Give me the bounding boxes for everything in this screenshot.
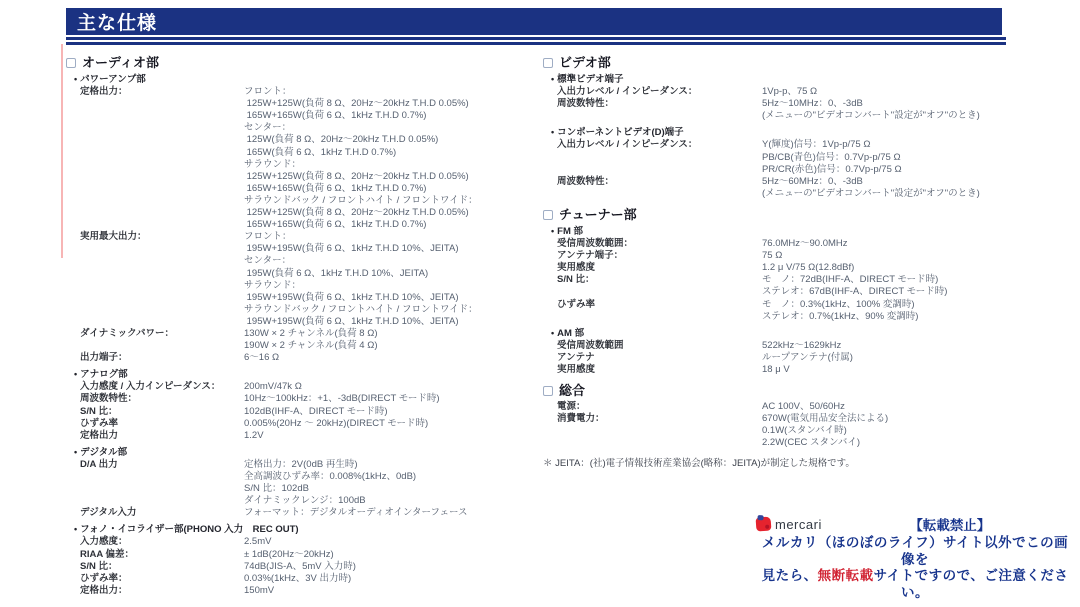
group-subtitle-text: フォノ・イコライザー部(PHONO 入力 REC OUT)	[80, 524, 298, 535]
page-title-banner: 主な仕様	[66, 8, 1002, 35]
spec-label: デジタル入力	[80, 507, 244, 519]
spec-section: チューナー部•FM 部受信周波数範囲：76.0MHz～90.0MHzアンテナ端子…	[543, 207, 1073, 376]
group-subtitle: •デジタル部	[66, 446, 540, 459]
spec-label: RIAA 偏差：	[80, 549, 244, 561]
spec-row: デジタル入力フォーマット：デジタルオーディオインターフェース	[66, 507, 540, 519]
spec-group: •標準ビデオ端子入出力レベル / インピーダンス：1Vp-p、75 Ω周波数特性…	[543, 73, 1073, 122]
watermark-header: mercari 【転載禁止】	[756, 514, 1074, 534]
spec-row: 受信周波数範囲522kHz～1629kHz	[543, 340, 1073, 352]
spec-value-line: 10Hz～100kHz：+1、-3dB(DIRECT モード時)	[244, 393, 540, 405]
spec-section: ビデオ部•標準ビデオ端子入出力レベル / インピーダンス：1Vp-p、75 Ω周…	[543, 55, 1073, 200]
spec-label: 定格出力：	[80, 585, 244, 597]
spec-value-line: 195W(負荷 6 Ω、1kHz T.H.D 10%、JEITA)	[244, 268, 540, 280]
spec-section: オーディオ部•パワーアンプ部定格出力：フロント： 125W+125W(負荷 8 …	[66, 55, 540, 597]
watermark-warning-suffix: サイトですので、ご注意ください。	[874, 568, 1069, 600]
spec-value-line: 130W × 2 チャンネル(負荷 8 Ω)	[244, 328, 540, 340]
spec-values: 10Hz～100kHz：+1、-3dB(DIRECT モード時)	[244, 393, 540, 405]
section-title: オーディオ部	[66, 55, 540, 71]
group-subtitle: •AM 部	[543, 327, 1073, 340]
spec-value-line: ダイナミックレンジ：100dB	[244, 495, 540, 507]
spec-value-line: ステレオ：0.7%(1kHz、90% 変調時)	[762, 311, 1073, 323]
watermark-warning-red-text: 無断転載	[818, 568, 874, 583]
spec-row: 出力端子：6～16 Ω	[66, 352, 540, 364]
spec-values: 1.2 μ V/75 Ω(12.8dBf)	[762, 262, 1073, 274]
spec-value-line: 1.2V	[244, 430, 540, 442]
spec-value-line: 165W+165W(負荷 6 Ω、1kHz T.H.D 0.7%)	[244, 219, 540, 231]
spec-values: 2.5mV	[244, 536, 540, 548]
spec-value-line: 全高調波ひずみ率：0.008%(1kHz、0dB)	[244, 471, 540, 483]
spec-row: 定格出力：150mV	[66, 585, 540, 597]
square-bullet-icon	[543, 210, 553, 220]
bullet-dot-icon: •	[551, 127, 554, 137]
group-subtitle: •FM 部	[543, 225, 1073, 238]
spec-row: RIAA 偏差：± 1dB(20Hz～20kHz)	[66, 549, 540, 561]
spec-label: 実用最大出力：	[80, 231, 244, 328]
spec-value-line: 522kHz～1629kHz	[762, 340, 1073, 352]
spec-row: S/N 比：モ ノ：72dB(IHF-A、DIRECT モード時)ステレオ：67…	[543, 274, 1073, 298]
spec-row: ひずみ率0.005%(20Hz ～ 20kHz)(DIRECT モード時)	[66, 418, 540, 430]
spec-value-line: ループアンテナ(付属)	[762, 352, 1073, 364]
spec-values: 0.005%(20Hz ～ 20kHz)(DIRECT モード時)	[244, 418, 540, 430]
spec-row: S/N 比：102dB(IHF-A、DIRECT モード時)	[66, 406, 540, 418]
spec-group: •デジタル部D/A 出力定格出力：2V(0dB 再生時)全高調波ひずみ率：0.0…	[66, 446, 540, 520]
spec-label: ひずみ率：	[80, 573, 244, 585]
bullet-dot-icon: •	[551, 328, 554, 338]
bullet-dot-icon: •	[74, 447, 77, 457]
spec-row: 実用最大出力：フロント： 195W+195W(負荷 6 Ω、1kHz T.H.D…	[66, 231, 540, 328]
spec-values: 200mV/47k Ω	[244, 381, 540, 393]
spec-label: 実用感度	[557, 364, 762, 376]
spec-label: 入出力レベル / インピーダンス：	[557, 86, 762, 98]
spec-values: 74dB(JIS-A、5mV 入力時)	[244, 561, 540, 573]
spec-label: 入力感度 / 入力インピーダンス：	[80, 381, 244, 393]
spec-value-line: サラウンド：	[244, 280, 540, 292]
spec-value-line: サラウンドバック / フロントハイト / フロントワイド：	[244, 195, 540, 207]
spec-value-line: 0.03%(1kHz、3V 出力時)	[244, 573, 540, 585]
spec-values: 670W(電気用品安全法による)0.1W(スタンバイ時)2.2W(CEC スタン…	[762, 413, 1073, 449]
spec-row: 入出力レベル / インピーダンス：Y(輝度)信号：1Vp-p/75 ΩPB/CB…	[543, 139, 1073, 175]
spec-label: D/A 出力	[80, 459, 244, 507]
spec-values: AC 100V、50/60Hz	[762, 401, 1073, 413]
spec-value-line: 165W+165W(負荷 6 Ω、1kHz T.H.D 0.7%)	[244, 183, 540, 195]
spec-values: 定格出力：2V(0dB 再生時)全高調波ひずみ率：0.008%(1kHz、0dB…	[244, 459, 540, 507]
spec-value-line: (メニューの"ビデオコンバート"設定が"オフ"のとき)	[762, 188, 1073, 200]
mercari-logo-icon	[756, 517, 771, 531]
spec-label: 定格出力	[80, 430, 244, 442]
spec-label: S/N 比：	[557, 274, 762, 298]
spec-value-line: 165W+165W(負荷 6 Ω、1kHz T.H.D 0.7%)	[244, 110, 540, 122]
spec-value-line: ± 1dB(20Hz～20kHz)	[244, 549, 540, 561]
spec-value-line: 5Hz～60MHz：0、-3dB	[762, 176, 1073, 188]
spec-value-line: フロント：	[244, 231, 540, 243]
spec-label: アンテナ端子：	[557, 250, 762, 262]
spec-row: ダイナミックパワー：130W × 2 チャンネル(負荷 8 Ω)190W × 2…	[66, 328, 540, 352]
section-title: チューナー部	[543, 207, 1073, 223]
spec-row: 周波数特性：10Hz～100kHz：+1、-3dB(DIRECT モード時)	[66, 393, 540, 405]
spec-values: Y(輝度)信号：1Vp-p/75 ΩPB/CB(青色)信号：0.7Vp-p/75…	[762, 139, 1073, 175]
right-column: ビデオ部•標準ビデオ端子入出力レベル / インピーダンス：1Vp-p、75 Ω周…	[543, 52, 1073, 470]
spec-row: アンテナ端子：75 Ω	[543, 250, 1073, 262]
spec-row: 消費電力：670W(電気用品安全法による)0.1W(スタンバイ時)2.2W(CE…	[543, 413, 1073, 449]
section-title-text: チューナー部	[559, 207, 637, 223]
spec-value-line: S/N 比：102dB	[244, 483, 540, 495]
spec-value-line: ステレオ：67dB(IHF-A、DIRECT モード時)	[762, 286, 1073, 298]
spec-value-line: モ ノ：0.3%(1kHz、100% 変調時)	[762, 299, 1073, 311]
spec-values: フロント： 125W+125W(負荷 8 Ω、20Hz～20kHz T.H.D …	[244, 86, 540, 231]
spec-group: •コンポーネントビデオ(D)端子入出力レベル / インピーダンス：Y(輝度)信号…	[543, 126, 1073, 200]
spec-row: 周波数特性：5Hz～60MHz：0、-3dB(メニューの"ビデオコンバート"設定…	[543, 176, 1073, 200]
spec-group: •FM 部受信周波数範囲：76.0MHz～90.0MHzアンテナ端子：75 Ω実…	[543, 225, 1073, 323]
group-subtitle-text: FM 部	[557, 226, 583, 237]
spec-value-line: 1.2 μ V/75 Ω(12.8dBf)	[762, 262, 1073, 274]
spec-group: 電源：AC 100V、50/60Hz消費電力：670W(電気用品安全法による)0…	[543, 401, 1073, 449]
spec-value-line: 125W+125W(負荷 8 Ω、20Hz～20kHz T.H.D 0.05%)	[244, 207, 540, 219]
spec-value-line: 195W+195W(負荷 6 Ω、1kHz T.H.D 10%、JEITA)	[244, 316, 540, 328]
spec-label: ひずみ率	[557, 299, 762, 323]
spec-value-line: PR/CR(赤色)信号：0.7Vp-p/75 Ω	[762, 164, 1073, 176]
spec-values: 18 μ V	[762, 364, 1073, 376]
bullet-dot-icon: •	[551, 74, 554, 84]
spec-value-line: センター：	[244, 255, 540, 267]
spec-value-line: サラウンド：	[244, 159, 540, 171]
section-title: 総合	[543, 383, 1073, 399]
square-bullet-icon	[66, 58, 76, 68]
spec-label: 定格出力：	[80, 86, 244, 231]
spec-label: 消費電力：	[557, 413, 762, 449]
spec-values: 1Vp-p、75 Ω	[762, 86, 1073, 98]
spec-value-line: 2.5mV	[244, 536, 540, 548]
spec-row: アンテナループアンテナ(付属)	[543, 352, 1073, 364]
spec-value-line: Y(輝度)信号：1Vp-p/75 Ω	[762, 139, 1073, 151]
square-bullet-icon	[543, 386, 553, 396]
spec-row: 入力感度 / 入力インピーダンス：200mV/47k Ω	[66, 381, 540, 393]
bullet-dot-icon: •	[551, 226, 554, 236]
spec-value-line: 150mV	[244, 585, 540, 597]
spec-value-line: フロント：	[244, 86, 540, 98]
bullet-dot-icon: •	[74, 369, 77, 379]
spec-values: 76.0MHz～90.0MHz	[762, 238, 1073, 250]
spec-value-line: モ ノ：72dB(IHF-A、DIRECT モード時)	[762, 274, 1073, 286]
section-title-text: ビデオ部	[559, 55, 611, 71]
group-subtitle-text: コンポーネントビデオ(D)端子	[557, 127, 684, 138]
spec-row: 実用感度18 μ V	[543, 364, 1073, 376]
group-subtitle-text: 標準ビデオ端子	[557, 74, 623, 85]
group-subtitle: •コンポーネントビデオ(D)端子	[543, 126, 1073, 139]
spec-label: S/N 比：	[80, 406, 244, 418]
spec-label: 入力感度：	[80, 536, 244, 548]
spec-label: 出力端子：	[80, 352, 244, 364]
spec-values: 6～16 Ω	[244, 352, 540, 364]
spec-label: 電源：	[557, 401, 762, 413]
spec-row: D/A 出力定格出力：2V(0dB 再生時)全高調波ひずみ率：0.008%(1k…	[66, 459, 540, 507]
spec-value-line: 75 Ω	[762, 250, 1073, 262]
spec-row: 入力感度：2.5mV	[66, 536, 540, 548]
spec-values: モ ノ：72dB(IHF-A、DIRECT モード時)ステレオ：67dB(IHF…	[762, 274, 1073, 298]
page-title: 主な仕様	[66, 8, 157, 35]
spec-label: ひずみ率	[80, 418, 244, 430]
spec-value-line: 76.0MHz～90.0MHz	[762, 238, 1073, 250]
spec-label: アンテナ	[557, 352, 762, 364]
spec-label: 周波数特性：	[80, 393, 244, 405]
spec-row: ひずみ率：0.03%(1kHz、3V 出力時)	[66, 573, 540, 585]
bullet-dot-icon: •	[74, 74, 77, 84]
spec-value-line: 190W × 2 チャンネル(負荷 4 Ω)	[244, 340, 540, 352]
spec-value-line: 125W+125W(負荷 8 Ω、20Hz～20kHz T.H.D 0.05%)	[244, 171, 540, 183]
spec-values: ループアンテナ(付属)	[762, 352, 1073, 364]
spec-label: 受信周波数範囲	[557, 340, 762, 352]
group-subtitle-text: アナログ部	[80, 369, 128, 380]
spec-value-line: 200mV/47k Ω	[244, 381, 540, 393]
spec-group: •AM 部受信周波数範囲522kHz～1629kHzアンテナループアンテナ(付属…	[543, 327, 1073, 376]
spec-row: 定格出力：フロント： 125W+125W(負荷 8 Ω、20Hz～20kHz T…	[66, 86, 540, 231]
spec-row: 周波数特性：5Hz～10MHz：0、-3dB(メニューの"ビデオコンバート"設定…	[543, 98, 1073, 122]
spec-label: 周波数特性：	[557, 176, 762, 200]
spec-value-line: 5Hz～10MHz：0、-3dB	[762, 98, 1073, 110]
spec-label: ダイナミックパワー：	[80, 328, 244, 352]
spec-value-line: 0.005%(20Hz ～ 20kHz)(DIRECT モード時)	[244, 418, 540, 430]
spec-values: 102dB(IHF-A、DIRECT モード時)	[244, 406, 540, 418]
watermark-warning-line2: 見たら、無断転載サイトですので、ご注意ください。	[756, 568, 1074, 601]
mercari-watermark: mercari 【転載禁止】 メルカリ（ほのぼのライフ）サイト以外でこの画像を …	[756, 514, 1074, 601]
spec-value-line: 165W(負荷 6 Ω、1kHz T.H.D 0.7%)	[244, 147, 540, 159]
spec-value-line: PB/CB(青色)信号：0.7Vp-p/75 Ω	[762, 152, 1073, 164]
spec-value-line: センター：	[244, 122, 540, 134]
spec-label: 周波数特性：	[557, 98, 762, 122]
section-title-text: 総合	[559, 383, 585, 399]
spec-label: S/N 比：	[80, 561, 244, 573]
spec-row: 受信周波数範囲：76.0MHz～90.0MHz	[543, 238, 1073, 250]
spec-value-line: 102dB(IHF-A、DIRECT モード時)	[244, 406, 540, 418]
spec-values: 1.2V	[244, 430, 540, 442]
group-subtitle-text: デジタル部	[80, 447, 127, 458]
spec-value-line: 0.1W(スタンバイ時)	[762, 425, 1073, 437]
spec-group: •パワーアンプ部定格出力：フロント： 125W+125W(負荷 8 Ω、20Hz…	[66, 73, 540, 364]
group-subtitle: •フォノ・イコライザー部(PHONO 入力 REC OUT)	[66, 523, 540, 536]
spec-label: 受信周波数範囲：	[557, 238, 762, 250]
spec-value-line: (メニューの"ビデオコンバート"設定が"オフ"のとき)	[762, 110, 1073, 122]
group-subtitle: •パワーアンプ部	[66, 73, 540, 86]
banner-double-underline	[66, 37, 1006, 45]
bullet-dot-icon: •	[74, 524, 77, 534]
spec-values: 0.03%(1kHz、3V 出力時)	[244, 573, 540, 585]
spec-label: 実用感度	[557, 262, 762, 274]
left-column: オーディオ部•パワーアンプ部定格出力：フロント： 125W+125W(負荷 8 …	[66, 52, 540, 604]
scan-artifact-line	[61, 44, 63, 258]
spec-value-line: 定格出力：2V(0dB 再生時)	[244, 459, 540, 471]
spec-value-line: 1Vp-p、75 Ω	[762, 86, 1073, 98]
spec-row: 定格出力1.2V	[66, 430, 540, 442]
section-title: ビデオ部	[543, 55, 1073, 71]
spec-value-line: フォーマット：デジタルオーディオインターフェース	[244, 507, 540, 519]
square-bullet-icon	[543, 58, 553, 68]
group-subtitle: •アナログ部	[66, 368, 540, 381]
group-subtitle-text: パワーアンプ部	[80, 74, 146, 85]
spec-row: 電源：AC 100V、50/60Hz	[543, 401, 1073, 413]
spec-value-line: 125W(負荷 8 Ω、20Hz～20kHz T.H.D 0.05%)	[244, 134, 540, 146]
spec-group: •フォノ・イコライザー部(PHONO 入力 REC OUT)入力感度：2.5mV…	[66, 523, 540, 597]
spec-value-line: 18 μ V	[762, 364, 1073, 376]
spec-value-line: サラウンドバック / フロントハイト / フロントワイド：	[244, 304, 540, 316]
spec-value-line: 670W(電気用品安全法による)	[762, 413, 1073, 425]
spec-values: フォーマット：デジタルオーディオインターフェース	[244, 507, 540, 519]
group-subtitle-text: AM 部	[557, 328, 584, 339]
spec-values: 5Hz～10MHz：0、-3dB(メニューの"ビデオコンバート"設定が"オフ"の…	[762, 98, 1073, 122]
spec-section: 総合電源：AC 100V、50/60Hz消費電力：670W(電気用品安全法による…	[543, 383, 1073, 449]
spec-values: 130W × 2 チャンネル(負荷 8 Ω)190W × 2 チャンネル(負荷 …	[244, 328, 540, 352]
spec-row: 実用感度1.2 μ V/75 Ω(12.8dBf)	[543, 262, 1073, 274]
spec-values: 75 Ω	[762, 250, 1073, 262]
watermark-warning-line1: メルカリ（ほのぼのライフ）サイト以外でこの画像を	[756, 535, 1074, 568]
spec-row: S/N 比：74dB(JIS-A、5mV 入力時)	[66, 561, 540, 573]
spec-values: 522kHz～1629kHz	[762, 340, 1073, 352]
spec-group: •アナログ部入力感度 / 入力インピーダンス：200mV/47k Ω周波数特性：…	[66, 368, 540, 442]
watermark-warning-prefix: 見たら、	[762, 568, 818, 583]
spec-values: ± 1dB(20Hz～20kHz)	[244, 549, 540, 561]
spec-value-line: 195W+195W(負荷 6 Ω、1kHz T.H.D 10%、JEITA)	[244, 243, 540, 255]
spec-value-line: 2.2W(CEC スタンバイ)	[762, 437, 1073, 449]
section-title-text: オーディオ部	[82, 55, 159, 71]
group-subtitle: •標準ビデオ端子	[543, 73, 1073, 86]
spec-row: 入出力レベル / インピーダンス：1Vp-p、75 Ω	[543, 86, 1073, 98]
watermark-no-repost-title: 【転載禁止】	[826, 514, 1074, 534]
spec-label: 入出力レベル / インピーダンス：	[557, 139, 762, 175]
mercari-brand-text: mercari	[775, 517, 822, 532]
spec-value-line: AC 100V、50/60Hz	[762, 401, 1073, 413]
spec-value-line: 74dB(JIS-A、5mV 入力時)	[244, 561, 540, 573]
spec-value-line: 125W+125W(負荷 8 Ω、20Hz～20kHz T.H.D 0.05%)	[244, 98, 540, 110]
spec-row: ひずみ率モ ノ：0.3%(1kHz、100% 変調時)ステレオ：0.7%(1kH…	[543, 299, 1073, 323]
spec-values: 150mV	[244, 585, 540, 597]
jeita-footnote: ＊ JEITA：(社)電子情報技術産業協会(略称：JEITA)が制定した規格です…	[543, 458, 1073, 470]
spec-values: フロント： 195W+195W(負荷 6 Ω、1kHz T.H.D 10%、JE…	[244, 231, 540, 328]
spec-value-line: 195W+195W(負荷 6 Ω、1kHz T.H.D 10%、JEITA)	[244, 292, 540, 304]
spec-values: 5Hz～60MHz：0、-3dB(メニューの"ビデオコンバート"設定が"オフ"の…	[762, 176, 1073, 200]
spec-value-line: 6～16 Ω	[244, 352, 540, 364]
spec-values: モ ノ：0.3%(1kHz、100% 変調時)ステレオ：0.7%(1kHz、90…	[762, 299, 1073, 323]
